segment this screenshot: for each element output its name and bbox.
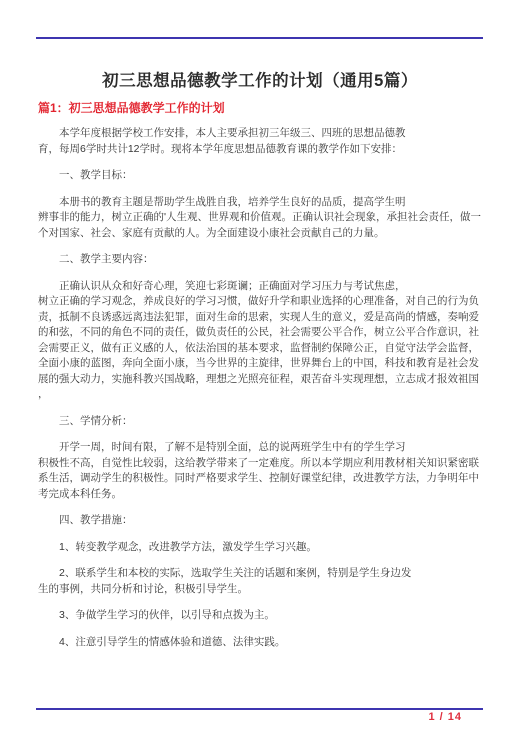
section-subheading: 四、教学措施： bbox=[38, 513, 488, 529]
list-item: 2、联系学生和本校的实际，选取学生关注的话题和案例，特别是学生身边发 生的事例，… bbox=[38, 566, 488, 597]
paragraph: 本学年度根据学校工作安排，本人主要承担初三年级三、四班的思想品德教 育，每周6学… bbox=[38, 126, 488, 157]
list-item: 3、争做学生学习的伙伴，以引导和点拨为主。 bbox=[38, 608, 488, 624]
list-item: 1、转变教学观念，改进教学方法，激发学生学习兴趣。 bbox=[38, 540, 488, 556]
section-subheading: 一、教学目标： bbox=[38, 168, 488, 184]
section-subheading: 二、教学主要内容： bbox=[38, 252, 488, 268]
page-number-indicator: 1 / 14 bbox=[428, 711, 462, 723]
paragraph: 本册书的教育主题是帮助学生战胜自我，培养学生良好的品质，提高学生明 辨事非的能力… bbox=[38, 195, 488, 242]
document-body: 本学年度根据学校工作安排，本人主要承担初三年级三、四班的思想品德教 育，每周6学… bbox=[38, 126, 488, 661]
paragraph: 开学一周，时间有限，了解不是特别全面，总的说两班学生中有的学生学习 积极性不高，… bbox=[38, 440, 488, 502]
paragraph: 正确认识从众和好奇心理，笑迎七彩斑谰；正确面对学习压力与考试焦虑， 树立正确的学… bbox=[38, 279, 488, 403]
header-divider-line bbox=[36, 37, 483, 39]
section-1-heading: 篇1：初三思想品德教学工作的计划 bbox=[38, 99, 225, 116]
section-subheading: 三、学情分析： bbox=[38, 414, 488, 430]
document-title: 初三思想品德教学工作的计划（通用5篇） bbox=[0, 67, 520, 91]
footer-divider-line bbox=[36, 708, 483, 710]
list-item: 4、注意引导学生的情感体验和道德、法律实践。 bbox=[38, 635, 488, 651]
document-page: 初三思想品德教学工作的计划（通用5篇） 篇1：初三思想品德教学工作的计划 本学年… bbox=[0, 0, 520, 735]
